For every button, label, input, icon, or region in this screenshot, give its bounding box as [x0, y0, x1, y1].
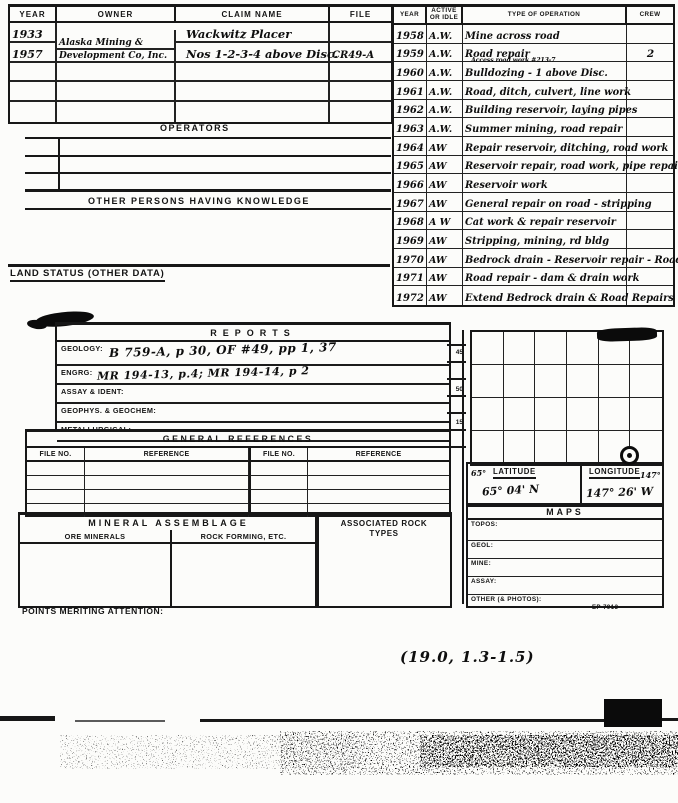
other-persons-title: OTHER PERSONS HAVING KNOWLEDGE: [88, 196, 310, 206]
op-description-cell: Road, ditch, culvert, line work: [463, 81, 627, 100]
op-status-cell: AW: [427, 249, 463, 268]
grid-cell: [535, 332, 567, 365]
reference-cell: [249, 476, 308, 490]
op-description-cell: General repair on road - stripping: [463, 193, 627, 212]
claim-name-cell: Nos 1-2-3-4 above Disc.: [176, 43, 330, 63]
maps-row: MINE:: [468, 559, 662, 577]
ore-minerals-header: ORE MINERALS: [20, 530, 170, 542]
report-field-row: ENGRG:MR 194-13, p.4; MR 194-14, p 2: [57, 366, 449, 385]
grid-cell: [567, 332, 599, 365]
op-year-cell: 1959: [394, 44, 427, 63]
op-status-cell: A W: [427, 212, 463, 231]
rule-line: [25, 137, 391, 139]
owner-year-cell: 1957: [10, 43, 57, 63]
land-status-title: LAND STATUS (OTHER DATA): [10, 268, 165, 282]
owner-year-cell: [10, 63, 57, 83]
file-cell: [330, 102, 391, 122]
rule-line: [25, 155, 391, 157]
scan-artifact-line: [662, 718, 678, 721]
form-number: EP 7913: [592, 605, 618, 611]
reports-section: REPORTS GEOLOGY:B 759-A, p 30, OF #49, p…: [55, 322, 451, 432]
maps-row: TOPOS:: [468, 520, 662, 541]
op-text: Extend Bedrock drain & Road Repairs: [465, 293, 674, 304]
gr-header-ref1: REFERENCE: [85, 448, 249, 462]
op-description-cell: Reservoir repair, road work, pipe repair: [463, 156, 627, 175]
op-description-cell: Extend Bedrock drain & Road Repairs: [463, 286, 627, 305]
owner-name-cell: [57, 63, 176, 83]
op-year-cell: 1966: [394, 174, 427, 193]
longitude-value: 147° 26' W: [586, 485, 654, 500]
op-status-cell: AW: [427, 156, 463, 175]
op-year-cell: 1967: [394, 193, 427, 212]
grid-cell: [599, 365, 631, 398]
location-plot-grid: [470, 330, 664, 466]
op-status-cell: AW: [427, 268, 463, 287]
report-field-label: GEOPHYS. & GEOCHEM:: [61, 406, 156, 415]
claim-name-cell: [176, 63, 330, 83]
gr-header-file1: FILE NO.: [27, 448, 85, 462]
report-field-row: GEOLOGY:B 759-A, p 30, OF #49, pp 1, 37: [57, 342, 449, 366]
op-description-cell: Access road work #213-7Bulldozing - 1 ab…: [463, 62, 627, 81]
op-year-cell: 1969: [394, 230, 427, 249]
reference-cell: [27, 476, 85, 490]
op-description-cell: Cat work & repair reservoir: [463, 212, 627, 231]
grid-cell: [535, 431, 567, 464]
margin-number: 50: [449, 386, 463, 393]
op-crew-cell: [627, 174, 673, 193]
scan-noise-band: [0, 723, 678, 785]
op-crew-cell: [627, 118, 673, 137]
op-text: Stripping, mining, rd bldg: [465, 236, 609, 247]
grid-cell: [472, 332, 504, 365]
grid-cell: [472, 398, 504, 431]
owners-header-file: FILE: [330, 7, 391, 23]
maps-section: MAPS TOPOS:GEOL:MINE:ASSAY:OTHER (& PHOT…: [466, 503, 664, 608]
file-cell: [330, 63, 391, 83]
mineral-assemblage-subheaders: ORE MINERALS ROCK FORMING, ETC.: [20, 530, 317, 544]
grid-cell: [504, 398, 536, 431]
general-references-body: [27, 462, 449, 517]
grid-cell: [472, 431, 504, 464]
op-text: Mine across road: [465, 31, 560, 42]
op-text: Cat work & repair reservoir: [465, 217, 616, 228]
grid-cell: [630, 365, 662, 398]
owners-header-year: YEAR: [10, 7, 57, 23]
op-description-cell: Reservoir work: [463, 174, 627, 193]
file-cell: [330, 23, 391, 43]
reference-cell: [27, 490, 85, 504]
latitude-label: LATITUDE: [493, 467, 536, 479]
report-field-row: ASSAY & IDENT:: [57, 385, 449, 404]
mineral-assemblage-section: MINERAL ASSEMBLAGE ORE MINERALS ROCK FOR…: [18, 512, 319, 608]
op-text: General repair on road - stripping: [465, 199, 652, 210]
reference-cell: [85, 462, 249, 476]
rule-line: [58, 137, 60, 191]
scan-artifact-line: [0, 716, 55, 721]
maps-row-label: MINE:: [471, 560, 491, 567]
reports-title: REPORTS: [57, 325, 449, 342]
owners-claim-table: YEAR OWNER CLAIM NAME FILE 1933Alaska Mi…: [8, 4, 393, 124]
longitude-label: LONGITUDE: [589, 467, 640, 479]
op-status-cell: A.W.: [427, 81, 463, 100]
maps-row-label: GEOL:: [471, 542, 493, 549]
op-status-cell: A.W.: [427, 62, 463, 81]
gr-header-file2: FILE NO.: [249, 448, 308, 462]
reference-cell: [27, 462, 85, 476]
rule-line: [580, 464, 582, 505]
rule-line: [462, 330, 464, 604]
lat-long-section: 65° LATITUDE 65° 04' N LONGITUDE 147° 14…: [466, 462, 664, 507]
reference-cell: [85, 490, 249, 504]
op-text: Building reservoir, laying pipes: [465, 105, 637, 116]
location-marker-icon: [620, 446, 639, 465]
op-description-cell: Summer mining, road repair: [463, 118, 627, 137]
rule-line: [25, 189, 391, 192]
op-text: Road repair - dam & drain work: [465, 273, 639, 284]
op-crew-cell: [627, 81, 673, 100]
points-meriting-attention-label: POINTS MERITING ATTENTION:: [22, 606, 163, 616]
op-description-cell: Bedrock drain - Reservoir repair - Road …: [463, 249, 627, 268]
op-status-cell: A.W.: [427, 44, 463, 63]
latitude-degree-prefix: 65°: [471, 468, 486, 478]
maps-rows: TOPOS:GEOL:MINE:ASSAY:OTHER (& PHOTOS):: [468, 520, 662, 612]
op-description-cell: Road repair - dam & drain work: [463, 268, 627, 287]
op-status-cell: AW: [427, 286, 463, 305]
reference-cell: [249, 490, 308, 504]
op-status-cell: AW: [427, 137, 463, 156]
op-text: Bulldozing - 1 above Disc.: [465, 68, 608, 79]
report-field-value: MR 194-13, p.4; MR 194-14, p 2: [97, 364, 310, 383]
rule-line: [25, 172, 391, 174]
maps-row: GEOL:: [468, 541, 662, 559]
op-crew-cell: [627, 230, 673, 249]
grid-cell: [599, 398, 631, 431]
op-description-cell: Mine across road: [463, 25, 627, 44]
maps-title: MAPS: [468, 505, 662, 520]
grid-cell: [630, 398, 662, 431]
op-crew-cell: [627, 62, 673, 81]
op-year-cell: 1961: [394, 81, 427, 100]
op-note: Access road work #213-7: [471, 57, 555, 64]
op-description-cell: Building reservoir, laying pipes: [463, 100, 627, 119]
op-year-cell: 1963: [394, 118, 427, 137]
grid-cell: [535, 398, 567, 431]
margin-number: 15: [449, 419, 463, 426]
scanned-mining-claim-form: YEAR OWNER CLAIM NAME FILE 1933Alaska Mi…: [0, 0, 678, 803]
latitude-value: 65° 04' N: [482, 483, 540, 499]
owner-name-cell: [57, 82, 176, 102]
general-references-title: GENERAL REFERENCES: [27, 432, 449, 448]
op-status-cell: A.W.: [427, 118, 463, 137]
report-field-label: GEOLOGY:: [61, 344, 103, 353]
operations-table: YEAR ACTIVE OR IDLE TYPE OF OPERATION CR…: [392, 4, 675, 307]
owners-header-owner: OWNER: [57, 7, 176, 23]
grid-cell: [472, 365, 504, 398]
op-text: Reservoir work: [465, 180, 548, 191]
report-field-value: B 759-A, p 30, OF #49, pp 1, 37: [109, 340, 337, 360]
handwritten-annotation: (19.0, 1.3-1.5): [400, 648, 535, 666]
file-cell: CR49-A: [330, 43, 391, 63]
owner-year-cell: [10, 82, 57, 102]
report-field-label: ASSAY & IDENT:: [61, 387, 124, 396]
maps-row-label: ASSAY:: [471, 578, 496, 585]
report-field-row: GEOPHYS. & GEOCHEM:: [57, 404, 449, 423]
op-year-cell: 1962: [394, 100, 427, 119]
report-field-label: ENGRG:: [61, 368, 93, 377]
ops-header-crew: CREW: [627, 7, 673, 25]
grid-cell: [567, 431, 599, 464]
op-text: Reservoir repair, road work, pipe repair: [465, 161, 678, 172]
op-crew-cell: [627, 212, 673, 231]
owner-name-cell: Alaska Mining &: [57, 30, 176, 50]
scan-artifact-line: [75, 720, 165, 722]
reference-cell: [308, 476, 449, 490]
op-status-cell: AW: [427, 174, 463, 193]
maps-row: OTHER (& PHOTOS):: [468, 595, 662, 612]
claim-name-cell: [176, 82, 330, 102]
reference-cell: [85, 476, 249, 490]
reports-fields: GEOLOGY:B 759-A, p 30, OF #49, pp 1, 37E…: [57, 342, 449, 442]
op-year-cell: 1970: [394, 249, 427, 268]
grid-cell: [504, 365, 536, 398]
rule-line: [170, 530, 172, 606]
maps-row: ASSAY:: [468, 577, 662, 595]
grid-cell: [567, 365, 599, 398]
op-year-cell: 1971: [394, 268, 427, 287]
file-cell: [330, 82, 391, 102]
op-crew-cell: 2: [627, 44, 673, 63]
ops-header-operation: TYPE OF OPERATION: [463, 7, 627, 25]
op-status-cell: AW: [427, 230, 463, 249]
op-status-cell: A.W.: [427, 100, 463, 119]
claim-name-cell: [176, 102, 330, 122]
grid-cell: [504, 332, 536, 365]
op-status-cell: A.W.: [427, 25, 463, 44]
owner-name-cell: [57, 102, 176, 122]
gr-header-ref2: REFERENCE: [308, 448, 449, 462]
op-text: Road, ditch, culvert, line work: [465, 87, 631, 98]
op-status-cell: AW: [427, 193, 463, 212]
maps-row-label: TOPOS:: [471, 521, 498, 528]
op-year-cell: 1965: [394, 156, 427, 175]
owner-year-cell: [10, 102, 57, 122]
operators-title: OPERATORS: [160, 123, 230, 133]
op-text: Summer mining, road repair: [465, 124, 622, 135]
reference-cell: [308, 490, 449, 504]
rock-forming-header: ROCK FORMING, ETC.: [170, 530, 317, 542]
op-description-cell: Stripping, mining, rd bldg: [463, 230, 627, 249]
mineral-assemblage-title: MINERAL ASSEMBLAGE: [20, 515, 317, 530]
owners-header-claim: CLAIM NAME: [176, 7, 330, 23]
margin-number: 45: [449, 349, 463, 356]
maps-row-label: OTHER (& PHOTOS):: [471, 596, 542, 603]
op-text: Repair reservoir, ditching, road work: [465, 143, 668, 154]
op-year-cell: 1972: [394, 286, 427, 305]
op-year-cell: 1960: [394, 62, 427, 81]
rule-line: [8, 264, 390, 267]
op-text: Bedrock drain - Reservoir repair - Road …: [465, 255, 678, 266]
general-references-header: FILE NO. REFERENCE FILE NO. REFERENCE: [27, 448, 449, 462]
reference-cell: [308, 462, 449, 476]
scan-artifact-line: [200, 719, 604, 722]
rule-line: [25, 208, 391, 210]
grid-cell: [504, 431, 536, 464]
op-year-cell: 1968: [394, 212, 427, 231]
ops-header-status: ACTIVE OR IDLE: [427, 7, 463, 25]
associated-rock-types-title: ASSOCIATED ROCK TYPES: [339, 519, 429, 539]
grid-cell: [567, 398, 599, 431]
owner-year-cell: 1933: [10, 23, 57, 43]
ops-header-year: YEAR: [394, 7, 427, 25]
claim-name-cell: Wackwitz Placer: [176, 23, 330, 43]
longitude-degree-suffix: 147°: [640, 470, 661, 480]
op-crew-cell: [627, 25, 673, 44]
general-references-table: GENERAL REFERENCES FILE NO. REFERENCE FI…: [25, 429, 451, 517]
op-description-cell: Repair reservoir, ditching, road work: [463, 137, 627, 156]
grid-cell: [535, 365, 567, 398]
op-year-cell: 1964: [394, 137, 427, 156]
reference-cell: [249, 462, 308, 476]
associated-rock-types-section: ASSOCIATED ROCK TYPES: [315, 512, 452, 608]
op-year-cell: 1958: [394, 25, 427, 44]
